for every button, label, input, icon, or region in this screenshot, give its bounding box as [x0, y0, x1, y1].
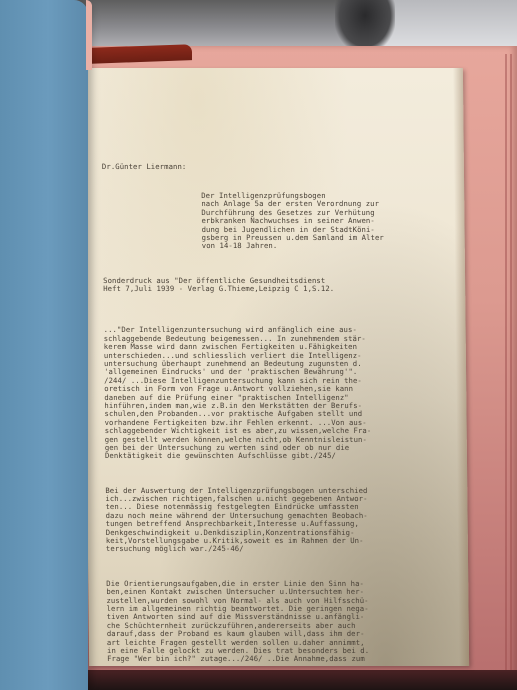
title-block: Der Intelligenzprüfungsbogen nach Anlage…	[201, 192, 463, 251]
source-citation: Sonderdruck aus "Der öffentliche Gesundh…	[103, 277, 463, 294]
paragraph: Bei der Auswertung der Intelligenzprüfun…	[105, 487, 466, 554]
folder-ridge	[510, 54, 512, 676]
typed-text: Dr.Günter Liermann: Der Intelligenzprüfu…	[102, 146, 468, 690]
paragraph: Die Orientierungsaufgaben,die in erster …	[106, 580, 467, 664]
cloth-fold-shadow	[335, 0, 395, 52]
folder-tab	[88, 44, 192, 64]
paragraph: ..."Der Intelligenzuntersuchung wird anf…	[104, 326, 465, 461]
author-line: Dr.Günter Liermann:	[102, 163, 462, 171]
document-page: Dr.Günter Liermann: Der Intelligenzprüfu…	[83, 68, 469, 666]
folder-ridge	[505, 54, 507, 676]
blue-cover	[0, 0, 88, 690]
